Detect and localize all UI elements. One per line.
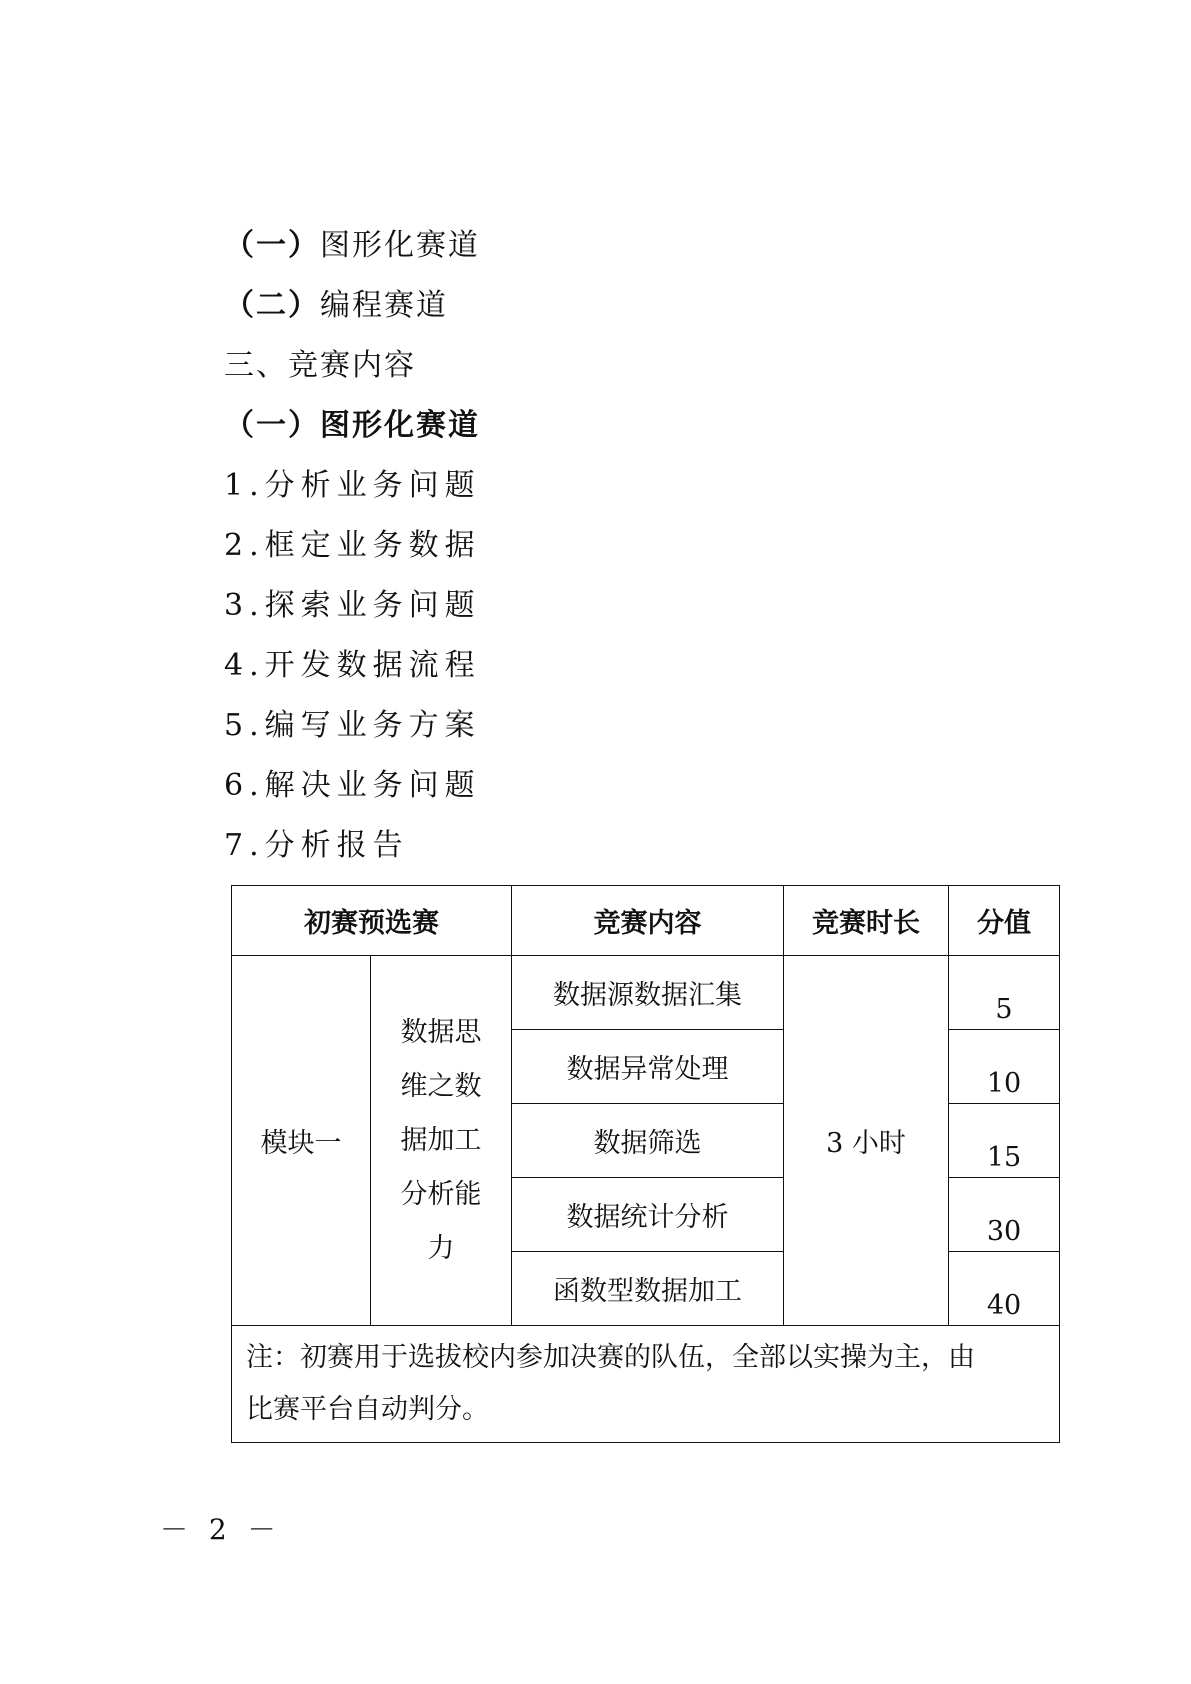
list-item: 1.分析业务问题 <box>224 466 481 506</box>
outline-item-graphical-track: （一）图形化赛道 <box>224 226 480 266</box>
list-item: 2.框定业务数据 <box>224 526 481 566</box>
score-cell: 40 <box>949 1252 1060 1326</box>
table-row: 模块一 数据思 维之数 据加工 分析能 力 数据源数据汇集 3 小时 5 <box>232 956 1060 1030</box>
list-item: 4.开发数据流程 <box>224 646 481 686</box>
subsection-heading: （一）图形化赛道 <box>224 406 480 446</box>
table-note-row: 注：初赛用于选拔校内参加决赛的队伍，全部以实操为主，由 比赛平台自动判分。 <box>232 1326 1060 1443</box>
table-header-row: 初赛预选赛 竞赛内容 竞赛时长 分值 <box>232 886 1060 956</box>
ability-cell: 数据思 维之数 据加工 分析能 力 <box>371 956 512 1326</box>
score-cell: 10 <box>949 1030 1060 1104</box>
page-number: － 2 － <box>160 1508 282 1548</box>
note-line: 注：初赛用于选拔校内参加决赛的队伍，全部以实操为主，由 <box>246 1332 1045 1384</box>
outline-label: 编程赛道 <box>320 288 448 323</box>
list-item: 5.编写业务方案 <box>224 706 481 746</box>
ability-line: 据加工 <box>371 1114 511 1168</box>
content-cell: 函数型数据加工 <box>512 1252 784 1326</box>
list-item: 7.分析报告 <box>224 826 409 866</box>
list-item: 6.解决业务问题 <box>224 766 481 806</box>
outline-item-programming-track: （二）编程赛道 <box>224 286 448 326</box>
section-heading: 三、竞赛内容 <box>224 346 416 386</box>
header-duration: 竞赛时长 <box>784 886 949 956</box>
header-score: 分值 <box>949 886 1060 956</box>
module-cell: 模块一 <box>232 956 371 1326</box>
score-cell: 5 <box>949 956 1060 1030</box>
outline-paren: （一） <box>224 228 320 263</box>
list-item: 3.探索业务问题 <box>224 586 481 626</box>
content-cell: 数据筛选 <box>512 1104 784 1178</box>
note-line: 比赛平台自动判分。 <box>246 1384 1045 1436</box>
duration-cell: 3 小时 <box>784 956 949 1326</box>
competition-table: 初赛预选赛 竞赛内容 竞赛时长 分值 模块一 数据思 维之数 据加工 分析能 力… <box>231 885 1060 1443</box>
content-cell: 数据异常处理 <box>512 1030 784 1104</box>
score-cell: 15 <box>949 1104 1060 1178</box>
outline-label: 图形化赛道 <box>320 228 480 263</box>
outline-paren: （二） <box>224 288 320 323</box>
content-cell: 数据源数据汇集 <box>512 956 784 1030</box>
header-content: 竞赛内容 <box>512 886 784 956</box>
ability-line: 维之数 <box>371 1060 511 1114</box>
ability-line: 分析能 <box>371 1168 511 1222</box>
score-cell: 30 <box>949 1178 1060 1252</box>
note-cell: 注：初赛用于选拔校内参加决赛的队伍，全部以实操为主，由 比赛平台自动判分。 <box>232 1326 1060 1443</box>
header-preliminary: 初赛预选赛 <box>232 886 512 956</box>
content-cell: 数据统计分析 <box>512 1178 784 1252</box>
ability-line: 力 <box>371 1222 511 1276</box>
ability-line: 数据思 <box>371 1006 511 1060</box>
